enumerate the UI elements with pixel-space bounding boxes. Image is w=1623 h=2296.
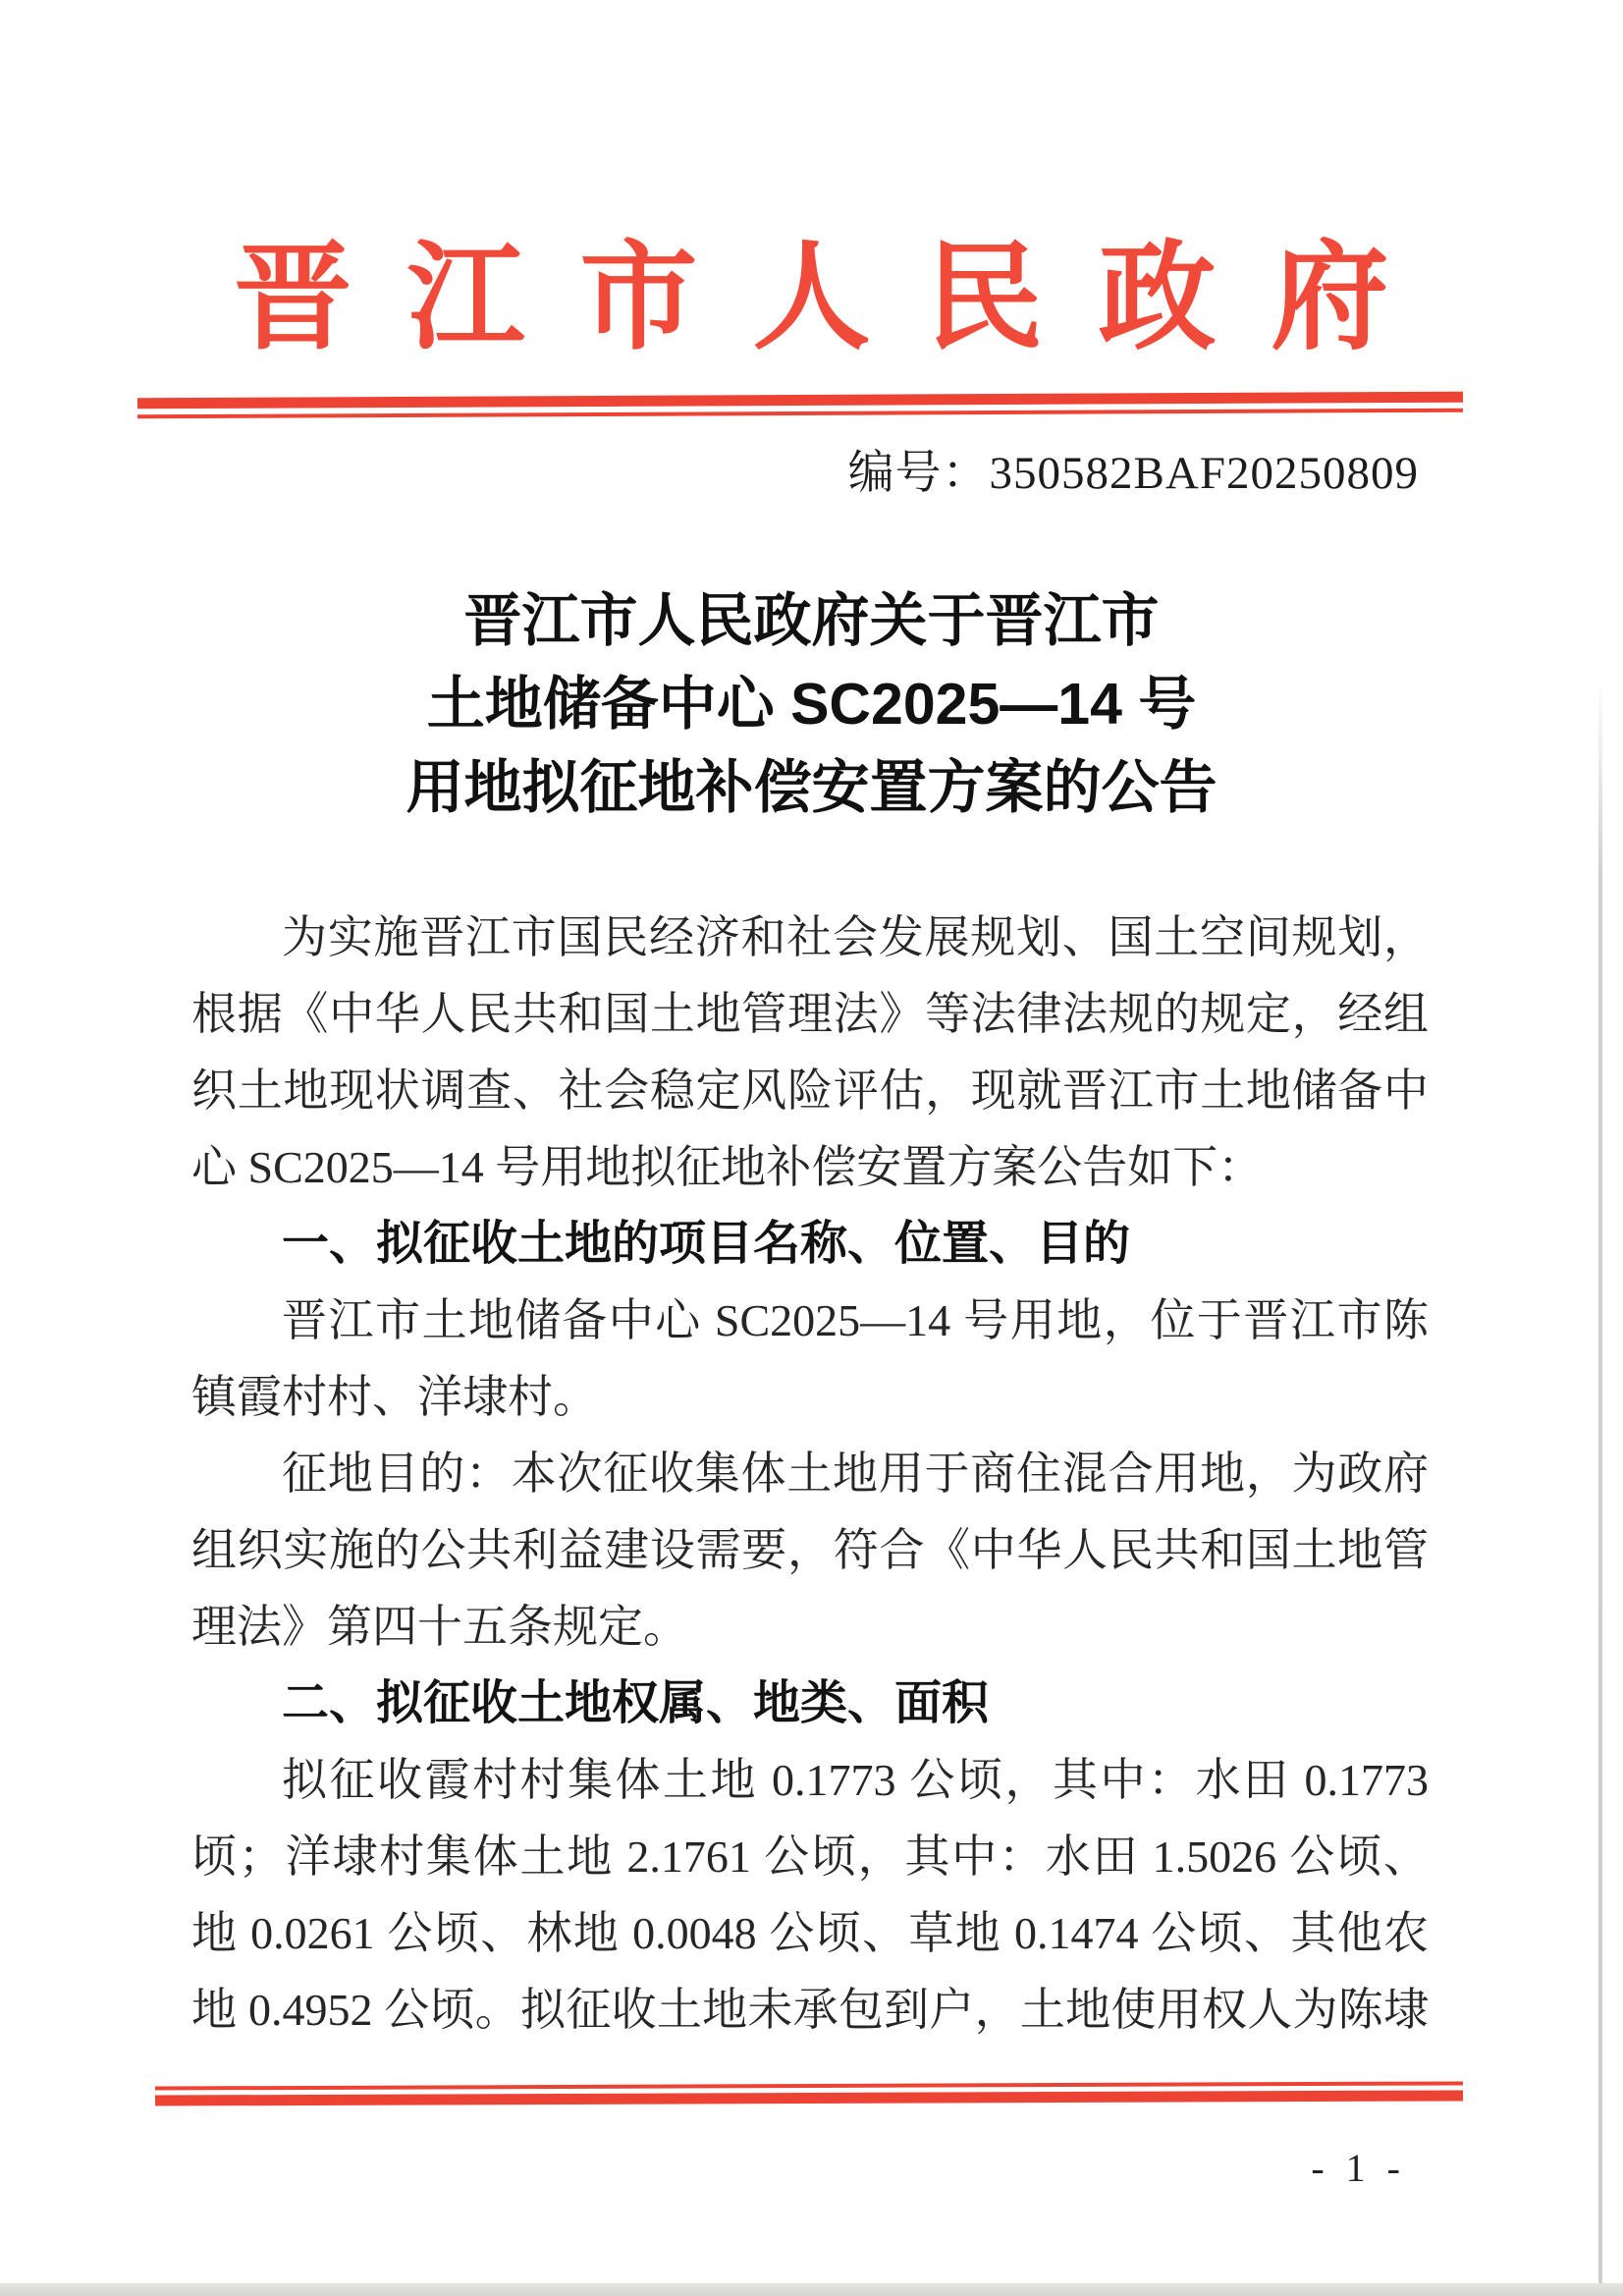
footer-rule-thin-bar <box>155 2081 1463 2090</box>
letterhead-rule-thin-bar <box>137 409 1463 419</box>
body-line: 心 SC2025—14 号用地拟征地补偿安置方案公告如下： <box>191 1129 1429 1206</box>
paper-edge-bottom <box>0 2283 1623 2296</box>
section-heading: 二、拟征收土地权属、地类、面积 <box>191 1666 1429 1742</box>
letterhead-rule-thick-bar <box>137 392 1463 410</box>
paper-edge-right <box>1598 678 1602 2284</box>
document-number: 编号：350582BAF20250809 <box>191 436 1419 502</box>
document-title-line: 晋江市人民政府关于晋江市 <box>0 579 1623 663</box>
body-line: 根据《中华人民共和国土地管理法》等法律法规的规定，经组 <box>191 976 1429 1053</box>
document-title: 晋江市人民政府关于晋江市 土地储备中心 SC2025—14 号 用地拟征地补偿安… <box>0 579 1623 830</box>
document-page: 晋江市人民政府 编号：350582BAF20250809 晋江市人民政府关于晋江… <box>0 0 1623 2296</box>
document-body: 为实施晋江市国民经济和社会发展规划、国土空间规划，根据《中华人民共和国土地管理法… <box>191 900 1429 2049</box>
letterhead-rule <box>137 392 1463 419</box>
footer-rule <box>155 2081 1463 2105</box>
body-line: 顷；洋埭村集体土地 2.1761 公顷，其中：水田 1.5026 公顷、园 <box>191 1819 1429 1895</box>
section-heading: 一、拟征收土地的项目名称、位置、目的 <box>191 1206 1429 1283</box>
body-line: 征地目的：本次征收集体土地用于商住混合用地，为政府 <box>191 1436 1429 1512</box>
body-line: 织土地现状调查、社会稳定风险评估，现就晋江市土地储备中 <box>191 1053 1429 1129</box>
body-line: 镇霞村村、洋埭村。 <box>191 1359 1429 1436</box>
footer-rule-thick-bar <box>155 2090 1463 2105</box>
body-line: 理法》第四十五条规定。 <box>191 1589 1429 1666</box>
body-line: 为实施晋江市国民经济和社会发展规划、国土空间规划， <box>191 900 1429 976</box>
letterhead-org-name: 晋江市人民政府 <box>0 222 1623 375</box>
body-line: 拟征收霞村村集体土地 0.1773 公顷，其中：水田 0.1773 公 <box>191 1742 1429 1819</box>
body-line: 晋江市土地储备中心 SC2025—14 号用地，位于晋江市陈埭 <box>191 1283 1429 1359</box>
body-line: 地 0.4952 公顷。拟征收土地未承包到户，土地使用权人为陈埭镇 <box>191 1972 1429 2049</box>
document-title-line: 土地储备中心 SC2025—14 号 <box>0 663 1623 746</box>
page-number: - 1 - <box>191 2145 1406 2191</box>
body-line: 组织实施的公共利益建设需要，符合《中华人民共和国土地管 <box>191 1512 1429 1589</box>
document-title-line: 用地拟征地补偿安置方案的公告 <box>0 746 1623 830</box>
body-line: 地 0.0261 公顷、林地 0.0048 公顷、草地 0.1474 公顷、其他… <box>191 1895 1429 1972</box>
